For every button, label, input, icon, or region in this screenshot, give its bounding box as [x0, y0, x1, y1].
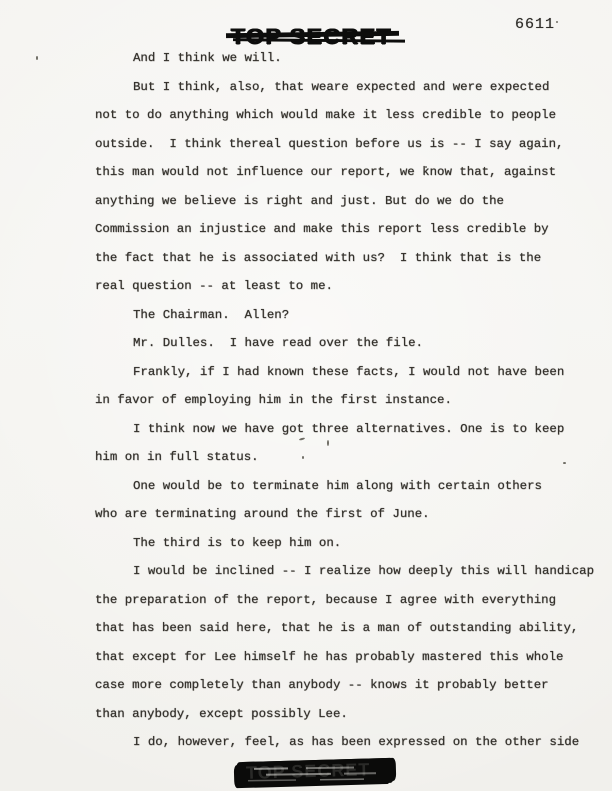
typed-line: The third is to keep him on.: [95, 529, 598, 558]
scan-noise-speck: [556, 21, 558, 23]
typed-line: anything we believe is right and just. B…: [95, 187, 598, 216]
typed-line: But I think, also, that weare expected a…: [95, 73, 598, 102]
typed-line: And I think we will.: [95, 44, 598, 73]
typed-line: Mr. Dulles. I have read over the file.: [95, 329, 598, 358]
typed-line: outside. I think thereal question before…: [95, 130, 598, 159]
typed-line: this man would not influence our report,…: [95, 158, 598, 187]
typed-line: One would be to terminate him along with…: [95, 472, 598, 501]
scan-noise-speck: [425, 166, 427, 168]
typed-line: case more completely than anybody -- kno…: [95, 671, 598, 700]
typed-line: Frankly, if I had known these facts, I w…: [95, 358, 598, 387]
typed-line: that has been said here, that he is a ma…: [95, 614, 598, 643]
obliteration-streaks: [236, 759, 394, 786]
typed-line: I would be inclined -- I realize how dee…: [95, 557, 598, 586]
scan-noise-speck: [302, 456, 304, 459]
document-page: TOP SECRET 6611 And I think we will.But …: [0, 0, 612, 791]
typed-line: real question -- at least to me.: [95, 272, 598, 301]
typed-line: not to do anything which would make it l…: [95, 101, 598, 130]
page-number: 6611: [515, 16, 555, 33]
typed-line: in favor of employing him in the first i…: [95, 386, 598, 415]
scan-noise-speck: [36, 56, 38, 60]
scan-noise-speck: [327, 440, 329, 446]
typed-line: Commission an injustice and make this re…: [95, 215, 598, 244]
typed-line: the fact that he is associated with us? …: [95, 244, 598, 273]
typed-line: I do, however, feel, as has been express…: [95, 728, 598, 757]
typed-line: who are terminating around the first of …: [95, 500, 598, 529]
typed-line: that except for Lee himself he has proba…: [95, 643, 598, 672]
top-secret-stamp-bottom: TOP SECRET: [236, 758, 395, 787]
typed-line: him on in full status.: [95, 443, 598, 472]
typed-line: the preparation of the report, because I…: [95, 586, 598, 615]
scan-noise-speck: [563, 462, 566, 464]
document-body: And I think we will.But I think, also, t…: [95, 44, 598, 757]
typed-line: than anybody, except possibly Lee.: [95, 700, 598, 729]
typed-line: I think now we have got three alternativ…: [95, 415, 598, 444]
typed-line: The Chairman. Allen?: [95, 301, 598, 330]
